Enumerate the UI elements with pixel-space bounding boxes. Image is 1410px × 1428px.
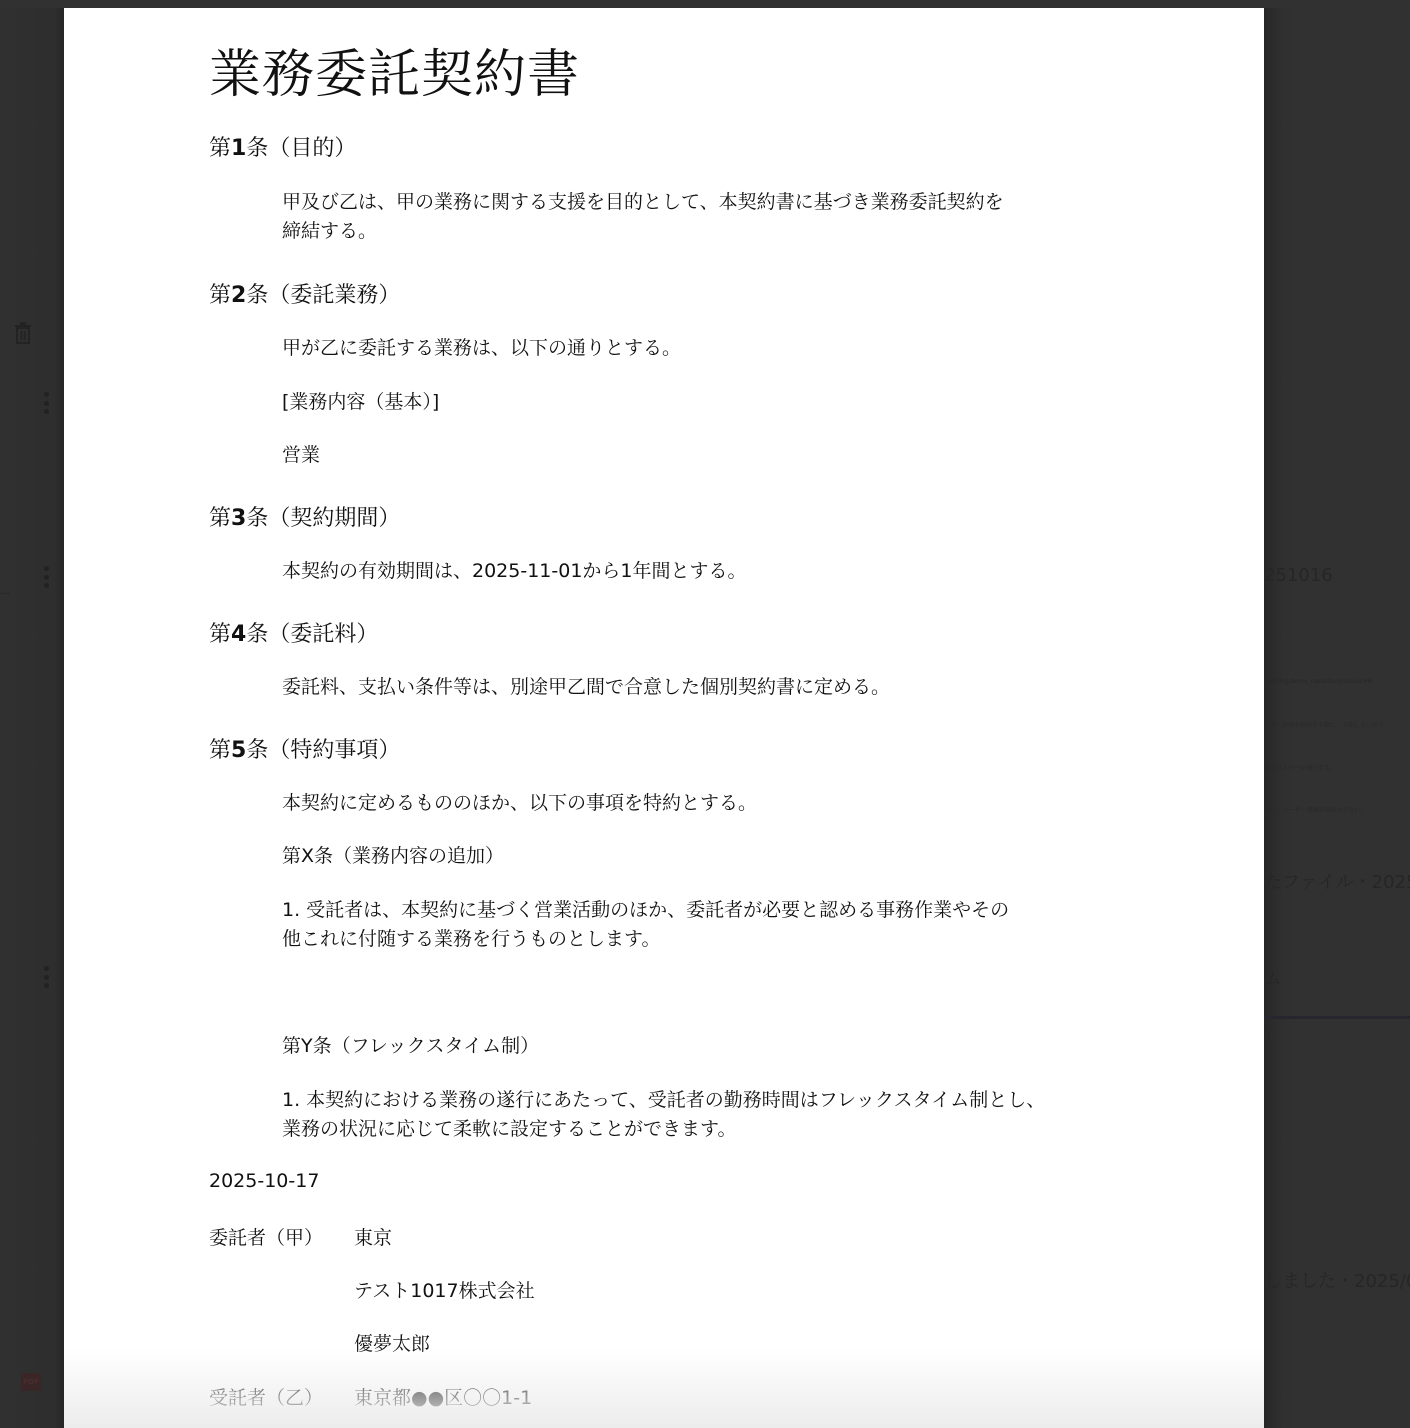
consignor-address: 東京 (354, 1223, 392, 1250)
article-2-paragraph: 営業 (282, 441, 1122, 470)
contractor-address: 東京都●●区〇〇1-1 (354, 1383, 532, 1410)
document-title: 業務委託契約書 (209, 32, 580, 107)
pdf-file-icon: PDF (21, 1373, 41, 1391)
trash-icon (13, 322, 33, 344)
background-divider (1264, 1016, 1410, 1019)
consignor-company: テスト1017株式会社 (354, 1276, 535, 1303)
background-right-panel: 251016 arketing/demo_repository/issues/6… (1264, 8, 1410, 1428)
background-text: ーザー情報を取得する際に、予期しないエラ (1264, 720, 1384, 729)
article-heading-1: 第1条（目的） (209, 131, 356, 162)
article-2-subheading: [業務内容（基本）] (282, 388, 1122, 417)
background-left-panel: … PDF (0, 8, 64, 1428)
background-text: ム (1264, 965, 1282, 991)
consignor-representative: 優夢太郎 (354, 1329, 430, 1356)
background-text: しました・2025/0 (1264, 1267, 1410, 1293)
kebab-menu-icon (43, 392, 49, 414)
special-clause-y-heading: 第Y条（フレックスタイム制） (282, 1032, 1122, 1061)
contractor-label: 受託者（乙） (209, 1383, 323, 1410)
special-clause-x-heading: 第X条（業務内容の追加） (282, 842, 1122, 871)
special-clause-x-paragraph: 1. 受託者は、本契約に基づく営業活動のほか、委託者が必要と認める事務作業やその… (282, 896, 1122, 954)
background-text: arketing/demo_repository/issues/69: (1264, 678, 1373, 685)
contract-date: 2025-10-17 (209, 1170, 319, 1192)
article-4-paragraph: 委託料、支払い条件等は、別途甲乙間で合意した個別契約書に定める。 (282, 673, 1122, 702)
article-2-paragraph: 甲が乙に委託する業務は、以下の通りとする。 (282, 334, 1122, 363)
background-text: され、ユーザー情報が取得できない。 (1264, 805, 1366, 814)
article-5-paragraph: 本契約に定めるもののほか、以下の事項を特約とする。 (282, 789, 1122, 818)
kebab-menu-icon (43, 566, 49, 588)
article-heading-5: 第5条（特約事項） (209, 733, 400, 764)
truncated-text: … (0, 586, 11, 597)
background-text: たファイル・2025/ (1264, 868, 1410, 894)
background-text: 251016 (1264, 565, 1333, 586)
special-clause-y-paragraph: 1. 本契約における業務の遂行にあたって、受託者の勤務時間はフレックスタイム制と… (282, 1086, 1122, 1144)
article-heading-3: 第3条（契約期間） (209, 501, 400, 532)
article-heading-2: 第2条（委託業務） (209, 278, 400, 309)
article-3-paragraph: 本契約の有効期間は、2025-11-01から1年間とする。 (282, 557, 1122, 586)
article-1-paragraph: 甲及び乙は、甲の業務に関する支援を目的として、本契約書に基づき業務委託契約を 締… (282, 188, 1122, 246)
document-preview-page[interactable]: 業務委託契約書 第1条（目的） 甲及び乙は、甲の業務に関する支援を目的として、本… (64, 8, 1264, 1428)
article-heading-4: 第4条（委託料） (209, 617, 378, 648)
background-text: e (1264, 1030, 1270, 1041)
kebab-menu-icon (43, 966, 49, 988)
consignor-label: 委託者（甲） (209, 1223, 323, 1250)
background-text: またはエラーが発生する。 (1264, 763, 1336, 772)
